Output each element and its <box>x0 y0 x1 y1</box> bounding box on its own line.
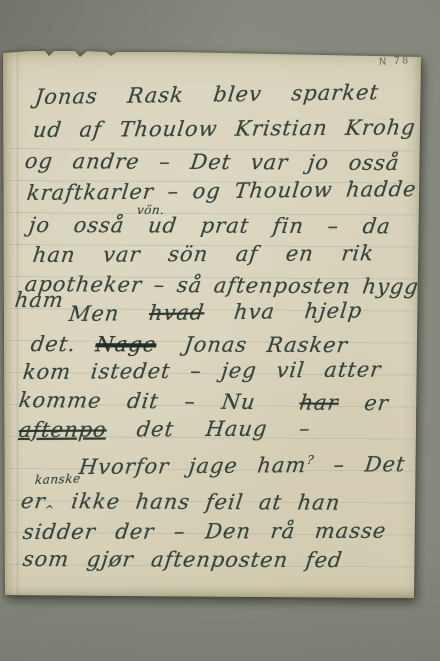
handwritten-text: apotheker – så aftenposten hygget <box>23 272 440 299</box>
handwritten-line: komme dit – Nuhar er <box>17 388 390 415</box>
archive-number: N 78 <box>379 55 411 68</box>
handwritten-line: kraftkarler – og Thoulow hadde <box>26 177 418 205</box>
handwritten-text: han var sön af en rik <box>32 241 376 267</box>
handwritten-line: aftenpodet Haug – <box>18 416 313 442</box>
handwritten-text: sidder der – Den rå masse <box>22 519 388 544</box>
handwritten-text: ud af Thoulow Kristian Krohg <box>32 115 418 142</box>
handwritten-text: det Haug – <box>135 416 312 441</box>
handwritten-text: ham <box>14 288 66 312</box>
handwritten-line: apotheker – så aftenposten hygget <box>23 272 440 299</box>
handwritten-text: som gjør aftenposten fed <box>21 547 344 572</box>
handwritten-line: ham <box>14 288 66 312</box>
manuscript-page-shadow: N 78 Jonas Rask blev sparketud af Thoulo… <box>3 47 424 599</box>
struck-or-marked-text: aftenpo <box>18 418 109 442</box>
handwritten-line: han var sön af en rik <box>32 241 376 267</box>
struck-or-marked-text: Nage <box>94 332 158 356</box>
handwritten-text: kanske <box>34 471 81 487</box>
handwritten-line: Hvorfor jage ham? – Det <box>78 452 407 479</box>
handwritten-text: er <box>337 391 390 415</box>
handwritten-text: Jonas Rasker <box>183 333 349 358</box>
handwritten-line: ud af Thoulow Kristian Krohg <box>32 115 418 142</box>
handwritten-text: komme dit – Nu <box>17 388 257 414</box>
handwritten-line: som gjør aftenposten fed <box>21 547 344 572</box>
handwritten-line: kom istedet – jeg vil atter <box>22 357 383 384</box>
handwritten-text: Hvorfor jage ham <box>78 453 308 479</box>
manuscript-page: N 78 Jonas Rask blev sparketud af Thoulo… <box>3 47 424 599</box>
photo-backdrop: N 78 Jonas Rask blev sparketud af Thoulo… <box>0 0 440 661</box>
handwritten-line: jo osså ud prat fin – da <box>27 213 392 238</box>
handwritten-text: ikke hans feil at han <box>54 489 342 514</box>
handwritten-text: hva hjelp <box>203 298 364 324</box>
handwritten-line: sidder der – Den rå masse <box>22 519 388 544</box>
handwritten-text: kraftkarler – og Thoulow hadde <box>26 177 418 205</box>
handwritten-line: Men hvad hva hjelp <box>68 298 364 326</box>
handwritten-text: jo osså ud prat fin – da <box>27 213 392 238</box>
handwritten-line: Jonas Rask blev sparket <box>34 80 381 109</box>
handwritten-text: det. <box>29 332 97 356</box>
handwritten-line: det. NageJonas Rasker <box>29 332 349 357</box>
handwritten-line: og andre – Det var jo osså <box>23 149 401 175</box>
handwritten-text: – Det <box>313 452 407 477</box>
struck-or-marked-text: hvad <box>148 300 206 325</box>
handwritten-line: er^ ikke hans feil at han <box>19 489 342 518</box>
struck-or-marked-text: har <box>298 390 340 414</box>
handwritten-text: Jonas Rask blev sparket <box>34 80 381 109</box>
handwritten-text: Men <box>68 301 151 326</box>
handwritten-text: og andre – Det var jo osså <box>23 149 401 175</box>
handwritten-text: kom istedet – jeg vil atter <box>22 357 383 384</box>
interlinear-insertion: kanske <box>34 471 81 487</box>
